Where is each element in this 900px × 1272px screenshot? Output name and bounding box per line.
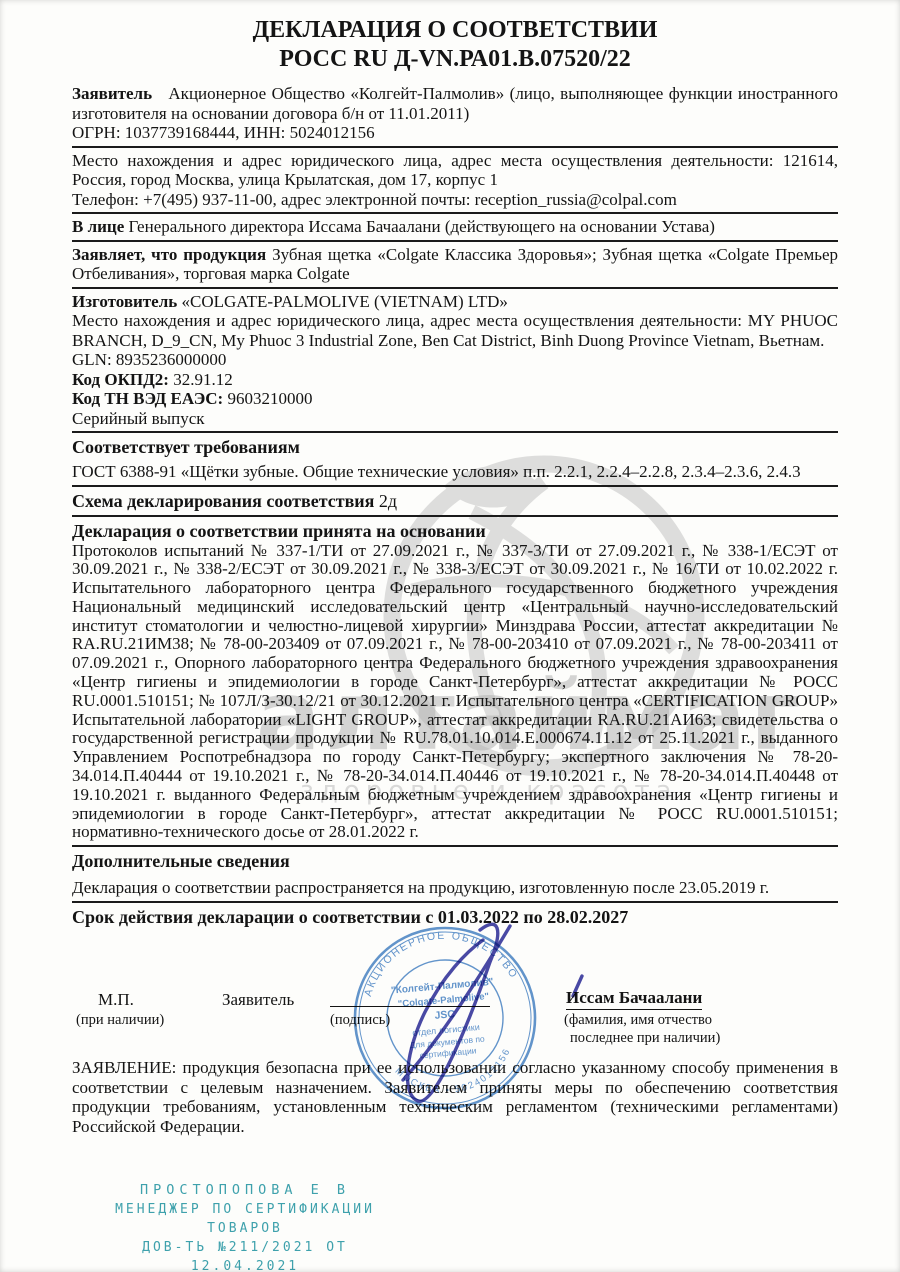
applicant-address: Место нахождения и адрес юридического ли… (72, 151, 838, 190)
requirements-text: ГОСТ 6388-91 «Щётки зубные. Общие технич… (72, 462, 838, 482)
requirements-heading: Соответствует требованиям (72, 436, 838, 458)
document-title: ДЕКЛАРАЦИЯ О СООТВЕТСТВИИ РОСС RU Д-VN.Р… (72, 16, 838, 74)
divider (72, 515, 838, 517)
manufacturer-address: Место нахождения и адрес юридического ли… (72, 311, 838, 350)
tnved-row: Код ТН ВЭД ЕАЭС: 9603210000 (72, 389, 838, 409)
divider (72, 240, 838, 242)
stamp-manager-name: ПРОСТОПОПОВА Е В (100, 1181, 390, 1200)
mp-label: М.П. (98, 990, 134, 1010)
declaration-document: алтаймаг здоровье и красота ДЕКЛАРАЦИЯ О… (0, 0, 900, 1272)
manufacturer-row: Изготовитель «COLGATE-PALMOLIVE (VIETNAM… (72, 292, 838, 312)
additional-heading: Дополнительные сведения (72, 850, 838, 872)
stamp-manager-title2: ТОВАРОВ (100, 1219, 390, 1238)
certification-manager-stamp: ПРОСТОПОПОВА Е В МЕНЕДЖЕР ПО СЕРТИФИКАЦИ… (100, 1181, 390, 1272)
serial-row: Серийный выпуск (72, 409, 838, 429)
stamp-manager-title: МЕНЕДЖЕР ПО СЕРТИФИКАЦИИ (100, 1200, 390, 1219)
applicant-label: Заявитель (72, 84, 152, 103)
divider (72, 287, 838, 289)
manufacturer-name: «COLGATE-PALMOLIVE (VIETNAM) LTD» (181, 292, 507, 311)
basis-text: Протоколов испытаний № 337-1/ТИ от 27.09… (72, 542, 838, 843)
document-body: ДЕКЛАРАЦИЯ О СООТВЕТСТВИИ РОСС RU Д-VN.Р… (0, 0, 900, 928)
applicant-text: Акционерное Общество «Колгейт-Палмолив» … (72, 84, 838, 123)
applicant-ogrn: ОГРН: 1037739168444, ИНН: 5024012156 (72, 123, 838, 143)
mp-note: (при наличии) (76, 1012, 164, 1029)
scheme-label: Схема декларирования соответствия (72, 491, 374, 511)
divider (72, 146, 838, 148)
tnved-value: 9603210000 (227, 389, 312, 408)
okpd2-row: Код ОКПД2: 32.91.12 (72, 370, 838, 390)
divider (72, 431, 838, 433)
okpd2-label: Код ОКПД2: (72, 370, 169, 389)
manufacturer-gln: GLN: 8935236000000 (72, 350, 838, 370)
in-person-label: В лице (72, 217, 124, 236)
signature-applicant-label: Заявитель (222, 990, 294, 1010)
scheme-value: 2д (379, 491, 397, 511)
basis-heading: Декларация о соответствии принята на осн… (72, 520, 838, 542)
tnved-label: Код ТН ВЭД ЕАЭС: (72, 389, 223, 408)
declares-row: Заявляет, что продукция Зубная щетка «Co… (72, 245, 838, 284)
in-person-text: Генерального директора Иссама Бачаалани … (129, 217, 715, 236)
okpd2-value: 32.91.12 (173, 370, 233, 389)
divider (72, 485, 838, 487)
handwritten-signature (330, 900, 600, 1135)
additional-text: Декларация о соответствии распространяет… (72, 878, 838, 898)
scheme-row: Схема декларирования соответствия 2д (72, 490, 838, 512)
stamp-poa-line: ДОВ-ТЬ №211/2021 ОТ 12.04.2021 (100, 1238, 390, 1272)
declares-label: Заявляет, что продукция (72, 245, 266, 264)
manufacturer-label: Изготовитель (72, 292, 177, 311)
applicant-phone: Телефон: +7(495) 937-11-00, адрес электр… (72, 190, 838, 210)
divider (72, 212, 838, 214)
title-line-2: РОСС RU Д-VN.РА01.В.07520/22 (72, 45, 838, 74)
in-person-row: В лице Генерального директора Иссама Бач… (72, 217, 838, 237)
title-line-1: ДЕКЛАРАЦИЯ О СООТВЕТСТВИИ (72, 16, 838, 45)
divider (72, 845, 838, 847)
applicant-paragraph: Заявитель Акционерное Общество «Колгейт-… (72, 84, 838, 123)
